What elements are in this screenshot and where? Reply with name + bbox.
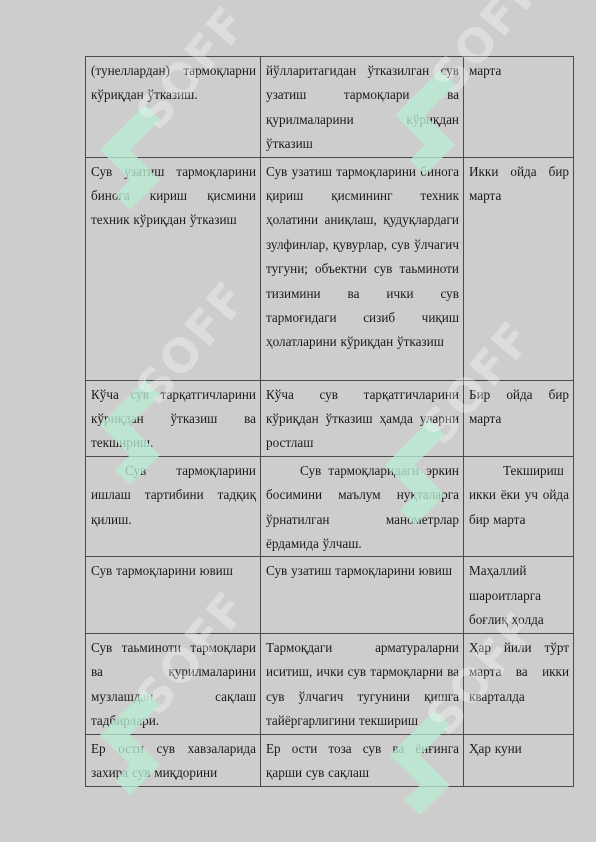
- frequency-cell: Маҳаллий шароитларга боғлиқ ҳолда: [464, 557, 574, 633]
- content-cell: Ер ости тоза сув ва ёнғинга қарши сув са…: [261, 734, 464, 786]
- table-row: Сув тармоқларини ювиш Сув узатиш тармоқл…: [86, 557, 574, 633]
- content-cell: Кўча сув тарқатгичларини кўриқдан ўткази…: [261, 380, 464, 456]
- table-row: Сув таьминоти тармоқлари ва қурилмаларин…: [86, 633, 574, 734]
- table-row: Кўча сув тарқатгичларини кўриқдан ўткази…: [86, 380, 574, 456]
- table-row: Сув тармоқларини ишлаш тартибини тадқиқ …: [86, 456, 574, 557]
- work-cell: Кўча сув тарқатгичларини кўриқдан ўткази…: [86, 380, 261, 456]
- work-cell: Сув тармоқларини ювиш: [86, 557, 261, 633]
- content-cell: йўлларитагидан ўтказилган сув узатиш тар…: [261, 57, 464, 158]
- content-cell: Сув тармоқларидаги эркин босимини маълум…: [261, 456, 464, 557]
- content-cell: Сув узатиш тармоқларини ювиш: [261, 557, 464, 633]
- work-cell: (тунеллардан) тармоқларни кўриқдан ўтказ…: [86, 57, 261, 158]
- frequency-cell: марта: [464, 57, 574, 158]
- frequency-cell: Ҳар йили тўрт марта ва икки кварталда: [464, 633, 574, 734]
- work-cell: Сув таьминоти тармоқлари ва қурилмаларин…: [86, 633, 261, 734]
- table-row: Ер ости сув хавзаларида захира сув миқдо…: [86, 734, 574, 786]
- frequency-cell: Бир ойда бир марта: [464, 380, 574, 456]
- frequency-cell: Икки ойда бир марта: [464, 157, 574, 380]
- work-cell: Сув узатиш тармоқларини бинога кириш қис…: [86, 157, 261, 380]
- work-cell: Сув тармоқларини ишлаш тартибини тадқиқ …: [86, 456, 261, 557]
- frequency-cell: Текшириш икки ёки уч ойда бир марта: [464, 456, 574, 557]
- table-row: (тунеллардан) тармоқларни кўриқдан ўтказ…: [86, 57, 574, 158]
- work-cell: Ер ости сув хавзаларида захира сув миқдо…: [86, 734, 261, 786]
- content-cell: Сув узатиш тармоқларини бинога қириш қис…: [261, 157, 464, 380]
- document-page: (тунеллардан) тармоқларни кўриқдан ўтказ…: [0, 0, 596, 842]
- table-row: Сув узатиш тармоқларини бинога кириш қис…: [86, 157, 574, 380]
- content-cell: Тармоқдаги арматураларни иситиш, ички су…: [261, 633, 464, 734]
- maintenance-schedule-table: (тунеллардан) тармоқларни кўриқдан ўтказ…: [85, 56, 574, 787]
- frequency-cell: Ҳар куни: [464, 734, 574, 786]
